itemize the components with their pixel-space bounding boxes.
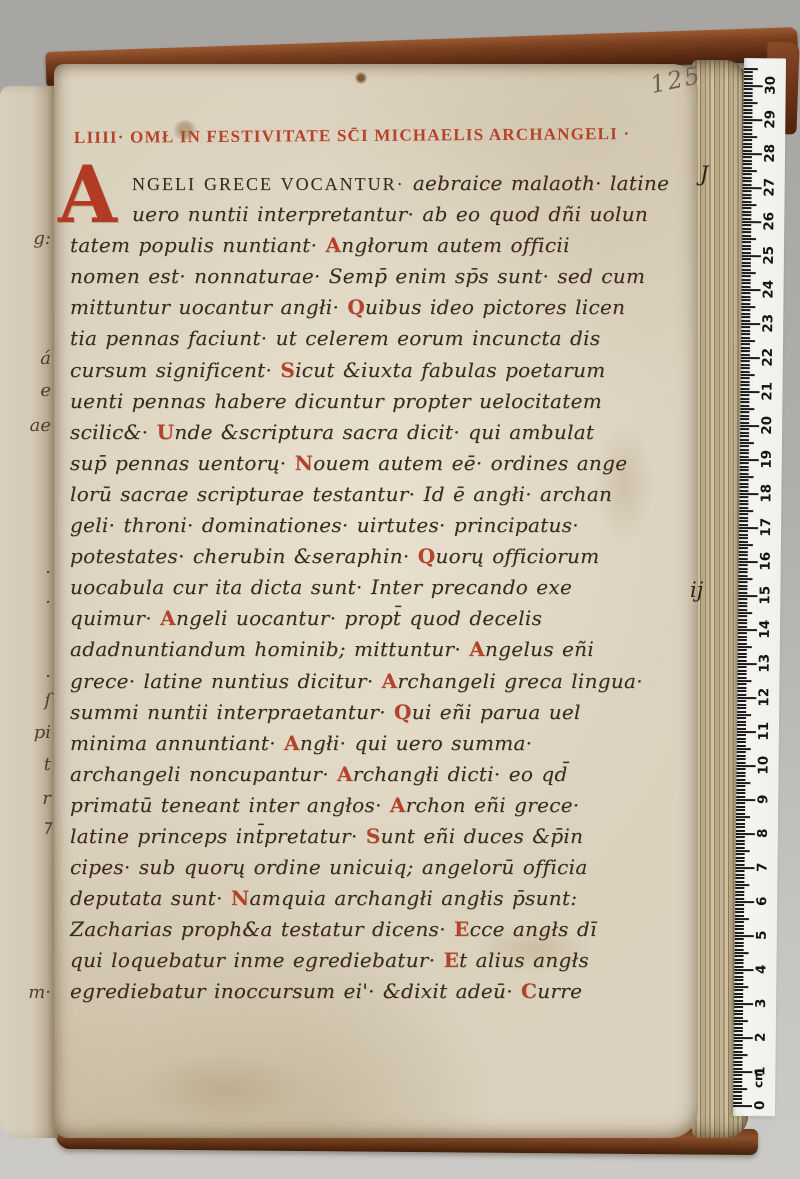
rubricated-letter: A bbox=[390, 793, 406, 817]
ruler-tick bbox=[742, 265, 751, 267]
text-line: cursum significent· Sicut &iuxta fabulas… bbox=[70, 355, 660, 386]
text-segment: cce angłs dī bbox=[470, 917, 597, 941]
text-segment: cursum significent· bbox=[70, 358, 280, 382]
ruler-tick bbox=[736, 826, 745, 828]
text-segment: uorų officiorum bbox=[436, 544, 600, 568]
ruler-tick bbox=[738, 602, 747, 604]
text-segment: tatem populis nuntiant· bbox=[70, 233, 325, 257]
ruler-tick bbox=[740, 415, 749, 417]
ruler-tick bbox=[743, 156, 752, 158]
ruler-tick bbox=[737, 680, 751, 682]
ruler-tick bbox=[737, 758, 746, 760]
ruler-tick bbox=[733, 1085, 742, 1087]
ruler-tick bbox=[735, 938, 744, 940]
text-segment: aebraice malaoth· latine bbox=[405, 171, 670, 195]
ruler-tick bbox=[734, 1000, 743, 1002]
ruler-tick bbox=[742, 252, 751, 254]
ruler-tick bbox=[736, 843, 745, 845]
ruler-tick bbox=[741, 326, 750, 328]
ruler-tick bbox=[737, 772, 746, 774]
ruler-tick bbox=[741, 381, 750, 383]
ruler-tick bbox=[734, 1044, 743, 1046]
ruler-tick bbox=[737, 707, 746, 709]
ruler-tick bbox=[740, 476, 754, 478]
rubricated-letter: A bbox=[337, 762, 353, 786]
ruler-tick bbox=[735, 874, 744, 876]
ruler-tick bbox=[739, 575, 748, 577]
rubricated-letter: A bbox=[382, 669, 398, 693]
ruler-tick bbox=[735, 918, 749, 920]
ruler-tick bbox=[737, 745, 746, 747]
text-line: scilic&· Unde &scriptura sacra dicit· qu… bbox=[70, 417, 660, 448]
ruler-tick bbox=[742, 248, 751, 250]
ruler-tick bbox=[736, 864, 745, 866]
ruler-tick bbox=[743, 112, 752, 114]
ruler-tick bbox=[737, 768, 746, 770]
facing-page-text-fragment: ae bbox=[30, 415, 51, 436]
ruler-tick bbox=[739, 503, 748, 505]
ruler-tick bbox=[741, 316, 750, 318]
ruler-number: 0 bbox=[748, 1093, 772, 1117]
ruler-tick bbox=[735, 908, 744, 910]
ruler-tick bbox=[742, 207, 751, 209]
ruler-number: 26 bbox=[757, 209, 781, 233]
ruler-tick bbox=[735, 959, 744, 961]
ruler-number: 25 bbox=[757, 243, 781, 267]
parchment-stain bbox=[144, 1054, 304, 1124]
ruler-number: 9 bbox=[751, 787, 775, 811]
text-line: quimur· Angeli uocantur· propt̄ quod dec… bbox=[70, 603, 660, 634]
ruler-tick bbox=[736, 830, 745, 832]
ruler-tick bbox=[742, 211, 751, 213]
ruler-tick bbox=[741, 371, 750, 373]
ruler-tick bbox=[737, 728, 746, 730]
ruler-tick bbox=[742, 269, 751, 271]
facing-page-text-fragment: á bbox=[40, 348, 51, 369]
ruler-tick bbox=[744, 99, 753, 101]
ruler-tick bbox=[742, 241, 751, 243]
ruler-tick bbox=[736, 836, 745, 838]
ruler-tick bbox=[736, 823, 745, 825]
ruler-tick bbox=[737, 694, 746, 696]
ruler-tick bbox=[742, 258, 751, 260]
text-segment: ouem autem eē· ordines ange bbox=[313, 451, 627, 475]
ruler-number: 16 bbox=[754, 549, 778, 573]
ruler-tick bbox=[738, 585, 747, 587]
ruler-number: 4 bbox=[749, 957, 773, 981]
text-line: qui loquebatur inme egrediebatur· Et ali… bbox=[70, 945, 660, 976]
ruler-number: 19 bbox=[755, 447, 779, 471]
ruler-tick bbox=[739, 490, 748, 492]
text-line: uenti pennas habere dicuntur propter uel… bbox=[70, 386, 660, 417]
ruler-tick bbox=[741, 384, 750, 386]
ruler-number: 5 bbox=[750, 923, 774, 947]
rubricated-letter: U bbox=[157, 420, 175, 444]
facing-page-text-fragment: ſ bbox=[44, 690, 51, 711]
ruler-tick bbox=[741, 343, 750, 345]
facing-page-text-fragment: g: bbox=[33, 228, 51, 249]
ruler-tick bbox=[739, 517, 748, 519]
text-line: Zacharias proph&a testatur dicens· Ecce … bbox=[70, 914, 660, 945]
ruler-unit-label: cm bbox=[749, 1066, 767, 1090]
ruler-tick bbox=[738, 643, 747, 645]
ruler-tick bbox=[740, 479, 749, 481]
ruler-tick bbox=[743, 136, 757, 138]
text-segment: summi nuntii interpraetantur· bbox=[70, 700, 394, 724]
ruler-tick bbox=[736, 802, 745, 804]
ruler-tick bbox=[740, 456, 749, 458]
ruler-tick bbox=[734, 1040, 743, 1042]
rubricated-letter: N bbox=[295, 451, 314, 475]
ruler-tick bbox=[741, 320, 750, 322]
text-segment: qui loquebatur inme egrediebatur· bbox=[70, 948, 444, 972]
ruler-tick bbox=[743, 190, 752, 192]
text-segment: uocabula cur ita dicta sunt· Inter preca… bbox=[70, 575, 572, 599]
ruler-tick bbox=[733, 1095, 742, 1097]
ruler-number: 21 bbox=[755, 379, 779, 403]
ruler-tick bbox=[734, 976, 743, 978]
ruler-tick bbox=[743, 105, 752, 107]
text-segment: nomen est· nonnaturae· Semp̄ enim sp̄s s… bbox=[70, 264, 645, 288]
ruler-tick bbox=[738, 619, 747, 621]
ruler-tick bbox=[736, 813, 745, 815]
ruler-tick bbox=[733, 1068, 742, 1070]
text-segment: potestates· cherubin &seraphin· bbox=[70, 544, 418, 568]
text-line: potestates· cherubin &seraphin· Quorų of… bbox=[70, 541, 660, 572]
ruler-tick bbox=[734, 966, 743, 968]
text-segment: primatū teneant inter angłos· bbox=[70, 793, 390, 817]
facing-page-sliver: g:áeae···ſpitr⁊m· bbox=[0, 86, 58, 1138]
ruler-tick bbox=[740, 483, 749, 485]
ruler-number: 29 bbox=[758, 107, 782, 131]
ruler-tick bbox=[736, 806, 745, 808]
ruler-tick bbox=[735, 925, 744, 927]
ruler-tick bbox=[739, 496, 748, 498]
ruler-number: 11 bbox=[752, 719, 776, 743]
ruler-tick bbox=[734, 1006, 743, 1008]
ruler-tick bbox=[739, 534, 748, 536]
ruler-tick bbox=[742, 262, 751, 264]
ruler-tick bbox=[738, 666, 747, 668]
ruler-tick bbox=[736, 857, 745, 859]
ruler-tick bbox=[740, 428, 749, 430]
ruler-tick bbox=[735, 962, 744, 964]
ruler-tick bbox=[733, 1078, 742, 1080]
ruler-tick bbox=[742, 214, 751, 216]
ruler-tick bbox=[738, 677, 747, 679]
ruler-tick bbox=[738, 581, 747, 583]
ruler-tick bbox=[737, 734, 746, 736]
ruler-tick bbox=[744, 75, 753, 77]
ruler-tick bbox=[744, 71, 753, 73]
ruler-tick bbox=[734, 1013, 743, 1015]
ruler-tick bbox=[735, 904, 744, 906]
ruler-tick bbox=[738, 609, 747, 611]
text-segment: uero nuntii interpretantur· ab eo quod d… bbox=[132, 202, 648, 226]
ruler-tick bbox=[740, 394, 749, 396]
ruler-tick bbox=[738, 646, 752, 648]
ruler-tick bbox=[743, 194, 752, 196]
ruler-tick bbox=[737, 738, 746, 740]
text-line: tatem populis nuntiant· Angłorum autem o… bbox=[70, 230, 660, 261]
ruler-tick bbox=[733, 1091, 742, 1093]
ruler-number: 18 bbox=[754, 481, 778, 505]
text-segment: icut &iuxta fabulas poetarum bbox=[295, 358, 605, 382]
ruler-tick bbox=[735, 911, 744, 913]
ruler-tick bbox=[733, 1102, 742, 1104]
ruler-tick bbox=[738, 615, 747, 617]
ruler-tick bbox=[743, 170, 757, 172]
facing-page-text-fragment: · bbox=[45, 592, 51, 613]
text-segment: uenti pennas habere dicuntur propter uel… bbox=[70, 389, 602, 413]
ruler-tick bbox=[734, 996, 743, 998]
ruler-tick bbox=[743, 173, 752, 175]
text-line: lorū sacrae scripturae testantur· Id ē a… bbox=[70, 479, 660, 510]
ruler-tick bbox=[743, 163, 752, 165]
ruler-tick bbox=[743, 184, 752, 186]
ruler-tick bbox=[734, 972, 743, 974]
ruler-number: 20 bbox=[755, 413, 779, 437]
ruler-tick bbox=[743, 143, 752, 145]
ruler-tick bbox=[739, 544, 753, 546]
ruler-tick bbox=[740, 405, 749, 407]
text-line: cipes· sub quorų ordine unicuiq; angelor… bbox=[70, 852, 660, 883]
ruler-tick bbox=[734, 983, 743, 985]
ruler-tick bbox=[735, 898, 744, 900]
ruler-tick bbox=[740, 442, 754, 444]
ruler-tick bbox=[736, 850, 750, 852]
ruler-tick bbox=[739, 507, 748, 509]
ruler-tick bbox=[738, 588, 747, 590]
ruler-tick bbox=[741, 330, 750, 332]
ruler-tick bbox=[743, 109, 752, 111]
ruler-tick bbox=[735, 955, 744, 957]
ruler-tick bbox=[740, 432, 749, 434]
ruler-tick bbox=[741, 333, 750, 335]
rubricated-letter: A bbox=[325, 233, 341, 257]
ruler-tick bbox=[735, 884, 749, 886]
ruler-tick bbox=[736, 847, 745, 849]
ruler-tick bbox=[741, 347, 750, 349]
ruler-tick bbox=[736, 819, 745, 821]
ruler-tick bbox=[740, 422, 749, 424]
text-line: sup̄ pennas uentorų· Nouem autem eē· ord… bbox=[70, 448, 660, 479]
ruler-tick bbox=[736, 792, 745, 794]
ruler-tick bbox=[736, 779, 745, 781]
ruler-tick bbox=[743, 167, 752, 169]
ruler-tick bbox=[741, 360, 750, 362]
ruler-tick bbox=[743, 180, 752, 182]
ruler-tick bbox=[739, 554, 748, 556]
ruler-tick bbox=[737, 721, 746, 723]
ruler-tick bbox=[741, 303, 750, 305]
ruler-tick bbox=[742, 282, 751, 284]
text-segment: Zacharias proph&a testatur dicens· bbox=[70, 917, 454, 941]
ruler-tick bbox=[735, 894, 744, 896]
ruler-tick bbox=[742, 245, 751, 247]
ruler-tick bbox=[741, 388, 750, 390]
ruler-tick bbox=[741, 313, 750, 315]
ruler-tick bbox=[744, 68, 758, 70]
ruler-tick bbox=[734, 1010, 743, 1012]
ruler-tick bbox=[744, 78, 753, 80]
text-segment: rchangeli greca lingua· bbox=[397, 669, 642, 693]
ruler-tick bbox=[737, 724, 746, 726]
ruler-tick bbox=[735, 887, 744, 889]
text-line: archangeli noncupantur· Archangłi dicti·… bbox=[70, 759, 660, 790]
ruler-tick bbox=[739, 500, 748, 502]
ruler-tick bbox=[733, 1061, 742, 1063]
ruler-tick bbox=[735, 877, 744, 879]
text-segment: ngłorum autem officii bbox=[341, 233, 570, 257]
ruler-tick bbox=[738, 673, 747, 675]
text-segment: quimur· bbox=[70, 606, 160, 630]
ruler-tick bbox=[740, 466, 749, 468]
ruler-tick bbox=[733, 1074, 742, 1076]
ruler-tick bbox=[740, 445, 749, 447]
ruler-tick bbox=[743, 122, 752, 124]
ruler-tick bbox=[736, 789, 745, 791]
ruler-tick bbox=[742, 224, 751, 226]
ruler-tick bbox=[735, 942, 744, 944]
ruler-tick bbox=[742, 238, 756, 240]
ruler-tick bbox=[741, 374, 755, 376]
text-line: egrediebatur inoccursum ei'· &dixit adeū… bbox=[70, 976, 660, 1007]
ruler-number: 28 bbox=[758, 141, 782, 165]
ruler-tick bbox=[740, 439, 749, 441]
ruler-tick bbox=[738, 670, 747, 672]
ruler-tick bbox=[739, 558, 748, 560]
ruler-tick bbox=[739, 568, 748, 570]
ruler-tick bbox=[742, 218, 751, 220]
text-line: summi nuntii interpraetantur· Qui eñi pa… bbox=[70, 697, 660, 728]
text-line: tia pennas faciunt· ut celerem eorum inc… bbox=[70, 323, 660, 354]
facing-page-text-fragment: pi bbox=[34, 722, 51, 743]
ruler-tick bbox=[734, 989, 743, 991]
ruler-number: 8 bbox=[751, 821, 775, 845]
ruler-number: 13 bbox=[753, 651, 777, 675]
ruler-tick bbox=[740, 401, 749, 403]
ruler-tick bbox=[743, 133, 752, 135]
ruler-tick bbox=[734, 1047, 743, 1049]
ruler-tick bbox=[742, 292, 751, 294]
text-segment: ngłi· qui uero summa· bbox=[300, 731, 533, 755]
ruler-tick bbox=[738, 660, 747, 662]
ruler-tick bbox=[738, 656, 747, 658]
text-segment: NGELI GRECE VOCANTUR· bbox=[132, 174, 405, 194]
ruler-number: 15 bbox=[753, 583, 777, 607]
ruler-tick bbox=[739, 547, 748, 549]
ruler-tick bbox=[734, 1051, 743, 1053]
ruler-tick bbox=[738, 636, 747, 638]
facing-page-text-fragment: r bbox=[42, 788, 51, 809]
ruler-number: 23 bbox=[756, 311, 780, 335]
ruler-tick bbox=[734, 1057, 743, 1059]
ruler-tick bbox=[734, 1027, 743, 1029]
text-line: uocabula cur ita dicta sunt· Inter preca… bbox=[70, 572, 660, 603]
manuscript-page: LIIII· OMŁ IN FESTIVITATE SC̄I MICHAELIS… bbox=[54, 64, 698, 1138]
text-line: nomen est· nonnaturae· Semp̄ enim sp̄s s… bbox=[70, 261, 660, 292]
rubricated-letter: Q bbox=[394, 700, 412, 724]
ruler-tick bbox=[740, 435, 749, 437]
ruler-tick bbox=[736, 785, 745, 787]
text-block: NGELI GRECE VOCANTUR· aebraice malaoth· … bbox=[70, 168, 660, 1008]
text-segment: sup̄ pennas uentorų· bbox=[70, 451, 295, 475]
text-segment: minima annuntiant· bbox=[70, 731, 284, 755]
ruler-number: 22 bbox=[756, 345, 780, 369]
ruler-tick bbox=[737, 751, 746, 753]
ruler-tick bbox=[744, 102, 758, 104]
ruler-tick bbox=[742, 204, 756, 206]
text-line: NGELI GRECE VOCANTUR· aebraice malaoth· … bbox=[70, 168, 660, 199]
ruler-tick bbox=[742, 228, 751, 230]
text-segment: grece· latine nuntius dicitur· bbox=[70, 669, 382, 693]
text-line: deputata sunt· Namquia archangłi angłis … bbox=[70, 883, 660, 914]
ruler-tick bbox=[737, 717, 746, 719]
ruler-tick bbox=[737, 741, 746, 743]
ruler-tick bbox=[737, 704, 746, 706]
text-segment: ngeli uocantur· propt̄ quod decelis bbox=[176, 606, 542, 630]
rubric-heading: LIIII· OMŁ IN FESTIVITATE SC̄I MICHAELIS… bbox=[74, 124, 634, 148]
rubricated-letter: A bbox=[284, 731, 300, 755]
ruler-tick bbox=[734, 1017, 743, 1019]
text-line: minima annuntiant· Angłi· qui uero summa… bbox=[70, 728, 660, 759]
ruler-number: 27 bbox=[758, 175, 782, 199]
rubricated-letter: S bbox=[366, 824, 381, 848]
text-segment: rchangłi dicti· eo qd̄ bbox=[353, 762, 568, 786]
ruler-tick bbox=[742, 235, 751, 237]
ruler-tick bbox=[734, 1034, 743, 1036]
ruler-tick bbox=[738, 639, 747, 641]
text-segment: nde &scriptura sacra dicit· qui ambulat bbox=[174, 420, 594, 444]
ruler-tick bbox=[737, 683, 746, 685]
ruler-tick bbox=[737, 755, 746, 757]
ruler-tick bbox=[737, 690, 746, 692]
ruler-tick bbox=[736, 782, 750, 784]
ruler-tick bbox=[741, 309, 750, 311]
ruler-tick bbox=[734, 979, 743, 981]
rubricated-letter: S bbox=[280, 358, 295, 382]
text-segment: lorū sacrae scripturae testantur· Id ē a… bbox=[70, 482, 612, 506]
ruler-tick bbox=[741, 340, 755, 342]
text-segment: cipes· sub quorų ordine unicuiq; angelor… bbox=[70, 855, 588, 879]
ruler-tick bbox=[736, 809, 745, 811]
ruler-number: 2 bbox=[749, 1025, 773, 1049]
text-segment: tia pennas faciunt· ut celerem eorum inc… bbox=[70, 326, 600, 350]
ruler-tick bbox=[733, 1098, 742, 1100]
ruler-tick bbox=[735, 928, 744, 930]
ruler-tick bbox=[743, 146, 752, 148]
ruler-number: 7 bbox=[750, 855, 774, 879]
text-segment: amquia archangłi angłis p̄sunt: bbox=[249, 886, 577, 910]
ruler-tick bbox=[739, 541, 748, 543]
ruler-tick bbox=[733, 1081, 742, 1083]
ruler-tick bbox=[736, 840, 745, 842]
text-segment: ui eñi parua uel bbox=[412, 700, 581, 724]
ruler-tick bbox=[735, 945, 744, 947]
ruler-tick bbox=[744, 82, 753, 84]
ruler-tick bbox=[743, 150, 752, 152]
ruler-tick bbox=[738, 592, 747, 594]
text-segment: egrediebatur inoccursum ei'· &dixit adeū… bbox=[70, 979, 521, 1003]
ruler-number: 6 bbox=[750, 889, 774, 913]
rubricated-letter: C bbox=[521, 979, 537, 1003]
ruler-tick bbox=[741, 296, 750, 298]
text-segment: uibus ideo pictores licen bbox=[365, 295, 625, 319]
ruler-tick bbox=[742, 272, 756, 274]
text-segment: scilic&· bbox=[70, 420, 157, 444]
ruler-number: 12 bbox=[752, 685, 776, 709]
